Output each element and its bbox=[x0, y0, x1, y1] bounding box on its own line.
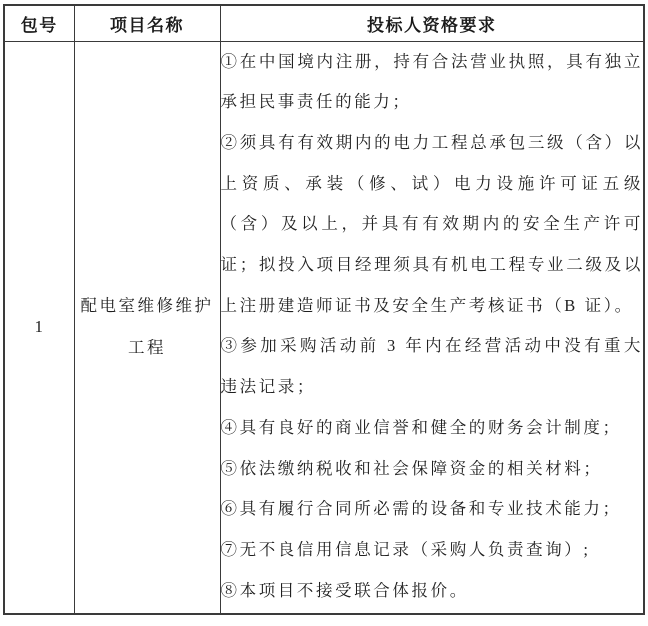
header-project-name: 项目名称 bbox=[74, 5, 220, 41]
bidder-qualification-table: 包号 项目名称 投标人资格要求 1 配电室维修维护工程 ①在中国境内注册，持有合… bbox=[3, 4, 645, 615]
requirements-list: ①在中国境内注册，持有合法营业执照，具有独立承担民事责任的能力；②须具有有效期内… bbox=[221, 42, 644, 612]
header-requirements: 投标人资格要求 bbox=[220, 5, 644, 41]
project-name-cell: 配电室维修维护工程 bbox=[74, 41, 220, 614]
requirement-item: ③参加采购活动前 3 年内在经营活动中没有重大违法记录； bbox=[221, 326, 644, 407]
document-page: { "table": { "headers": { "package_no": … bbox=[0, 0, 648, 626]
requirement-item: ⑥具有履行合同所必需的设备和专业技术能力； bbox=[221, 489, 644, 530]
requirement-item: ⑤依法缴纳税收和社会保障资金的相关材料； bbox=[221, 449, 644, 490]
requirement-item: ①在中国境内注册，持有合法营业执照，具有独立承担民事责任的能力； bbox=[221, 42, 644, 123]
requirement-item: ⑧本项目不接受联合体报价。 bbox=[221, 571, 644, 612]
table-header-row: 包号 项目名称 投标人资格要求 bbox=[4, 5, 644, 41]
header-package-no: 包号 bbox=[4, 5, 74, 41]
requirement-item: ④具有良好的商业信誉和健全的财务会计制度； bbox=[221, 408, 644, 449]
requirement-item: ②须具有有效期内的电力工程总承包三级（含）以上资质、承装（修、试）电力设施许可证… bbox=[221, 123, 644, 327]
package-no-cell: 1 bbox=[4, 41, 74, 614]
requirements-cell: ①在中国境内注册，持有合法营业执照，具有独立承担民事责任的能力；②须具有有效期内… bbox=[220, 41, 644, 614]
requirement-item: ⑦无不良信用信息记录（采购人负责查询）; bbox=[221, 530, 644, 571]
table-row: 1 配电室维修维护工程 ①在中国境内注册，持有合法营业执照，具有独立承担民事责任… bbox=[4, 41, 644, 614]
